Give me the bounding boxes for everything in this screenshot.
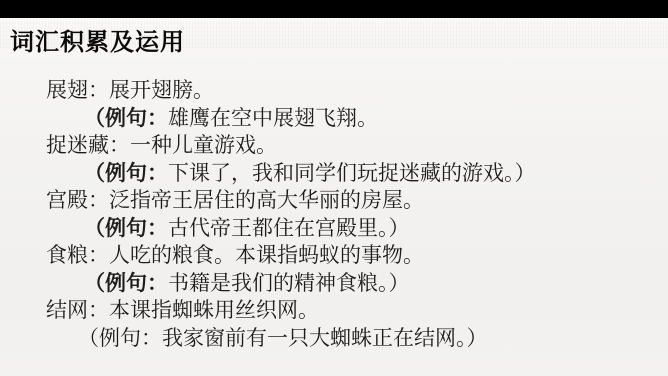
example-line: （例句：我家窗前有一只大蜘蛛正在结网。） [0,325,668,353]
definition-line: 食粮：人吃的粮食。本课指蚂蚁的事物。 [0,242,668,270]
top-black-bar [0,0,668,18]
example-text: 书籍是我们的精神食粮。） [168,271,410,295]
example-line: （例句：古代帝王都住在宫殿里。） [0,215,668,243]
example-label: （例句： [84,271,168,295]
vocabulary-list: 展翅：展开翅膀。 （例句：雄鹰在空中展翅飞翔。 捉迷藏：一种儿童游戏。 （例句：… [0,77,668,352]
example-text: 古代帝王都住在宫殿里。） [168,216,410,240]
definition-line: 捉迷藏：一种儿童游戏。 [0,132,668,160]
example-label: （例句： [84,216,168,240]
example-line: （例句：雄鹰在空中展翅飞翔。 [0,105,668,133]
definition-line: 宫殿：泛指帝王居住的高大华丽的房屋。 [0,187,668,215]
definition-line: 结网：本课指蜘蛛用丝织网。 [0,297,668,325]
example-label: （例句： [78,326,162,350]
example-text: 我家窗前有一只大蜘蛛正在结网。） [162,326,488,350]
example-text: 雄鹰在空中展翅飞翔。 [168,106,378,130]
example-line: （例句：下课了，我和同学们玩捉迷藏的游戏。） [0,160,668,188]
example-label: （例句： [84,106,168,130]
lesson-slide: 词汇积累及运用 展翅：展开翅膀。 （例句：雄鹰在空中展翅飞翔。 捉迷藏：一种儿童… [0,0,668,376]
definition-line: 展翅：展开翅膀。 [0,77,668,105]
slide-title: 词汇积累及运用 [10,29,185,57]
example-label: （例句： [84,161,168,185]
example-line: （例句：书籍是我们的精神食粮。） [0,270,668,298]
example-text: 下课了，我和同学们玩捉迷藏的游戏。） [168,161,536,185]
